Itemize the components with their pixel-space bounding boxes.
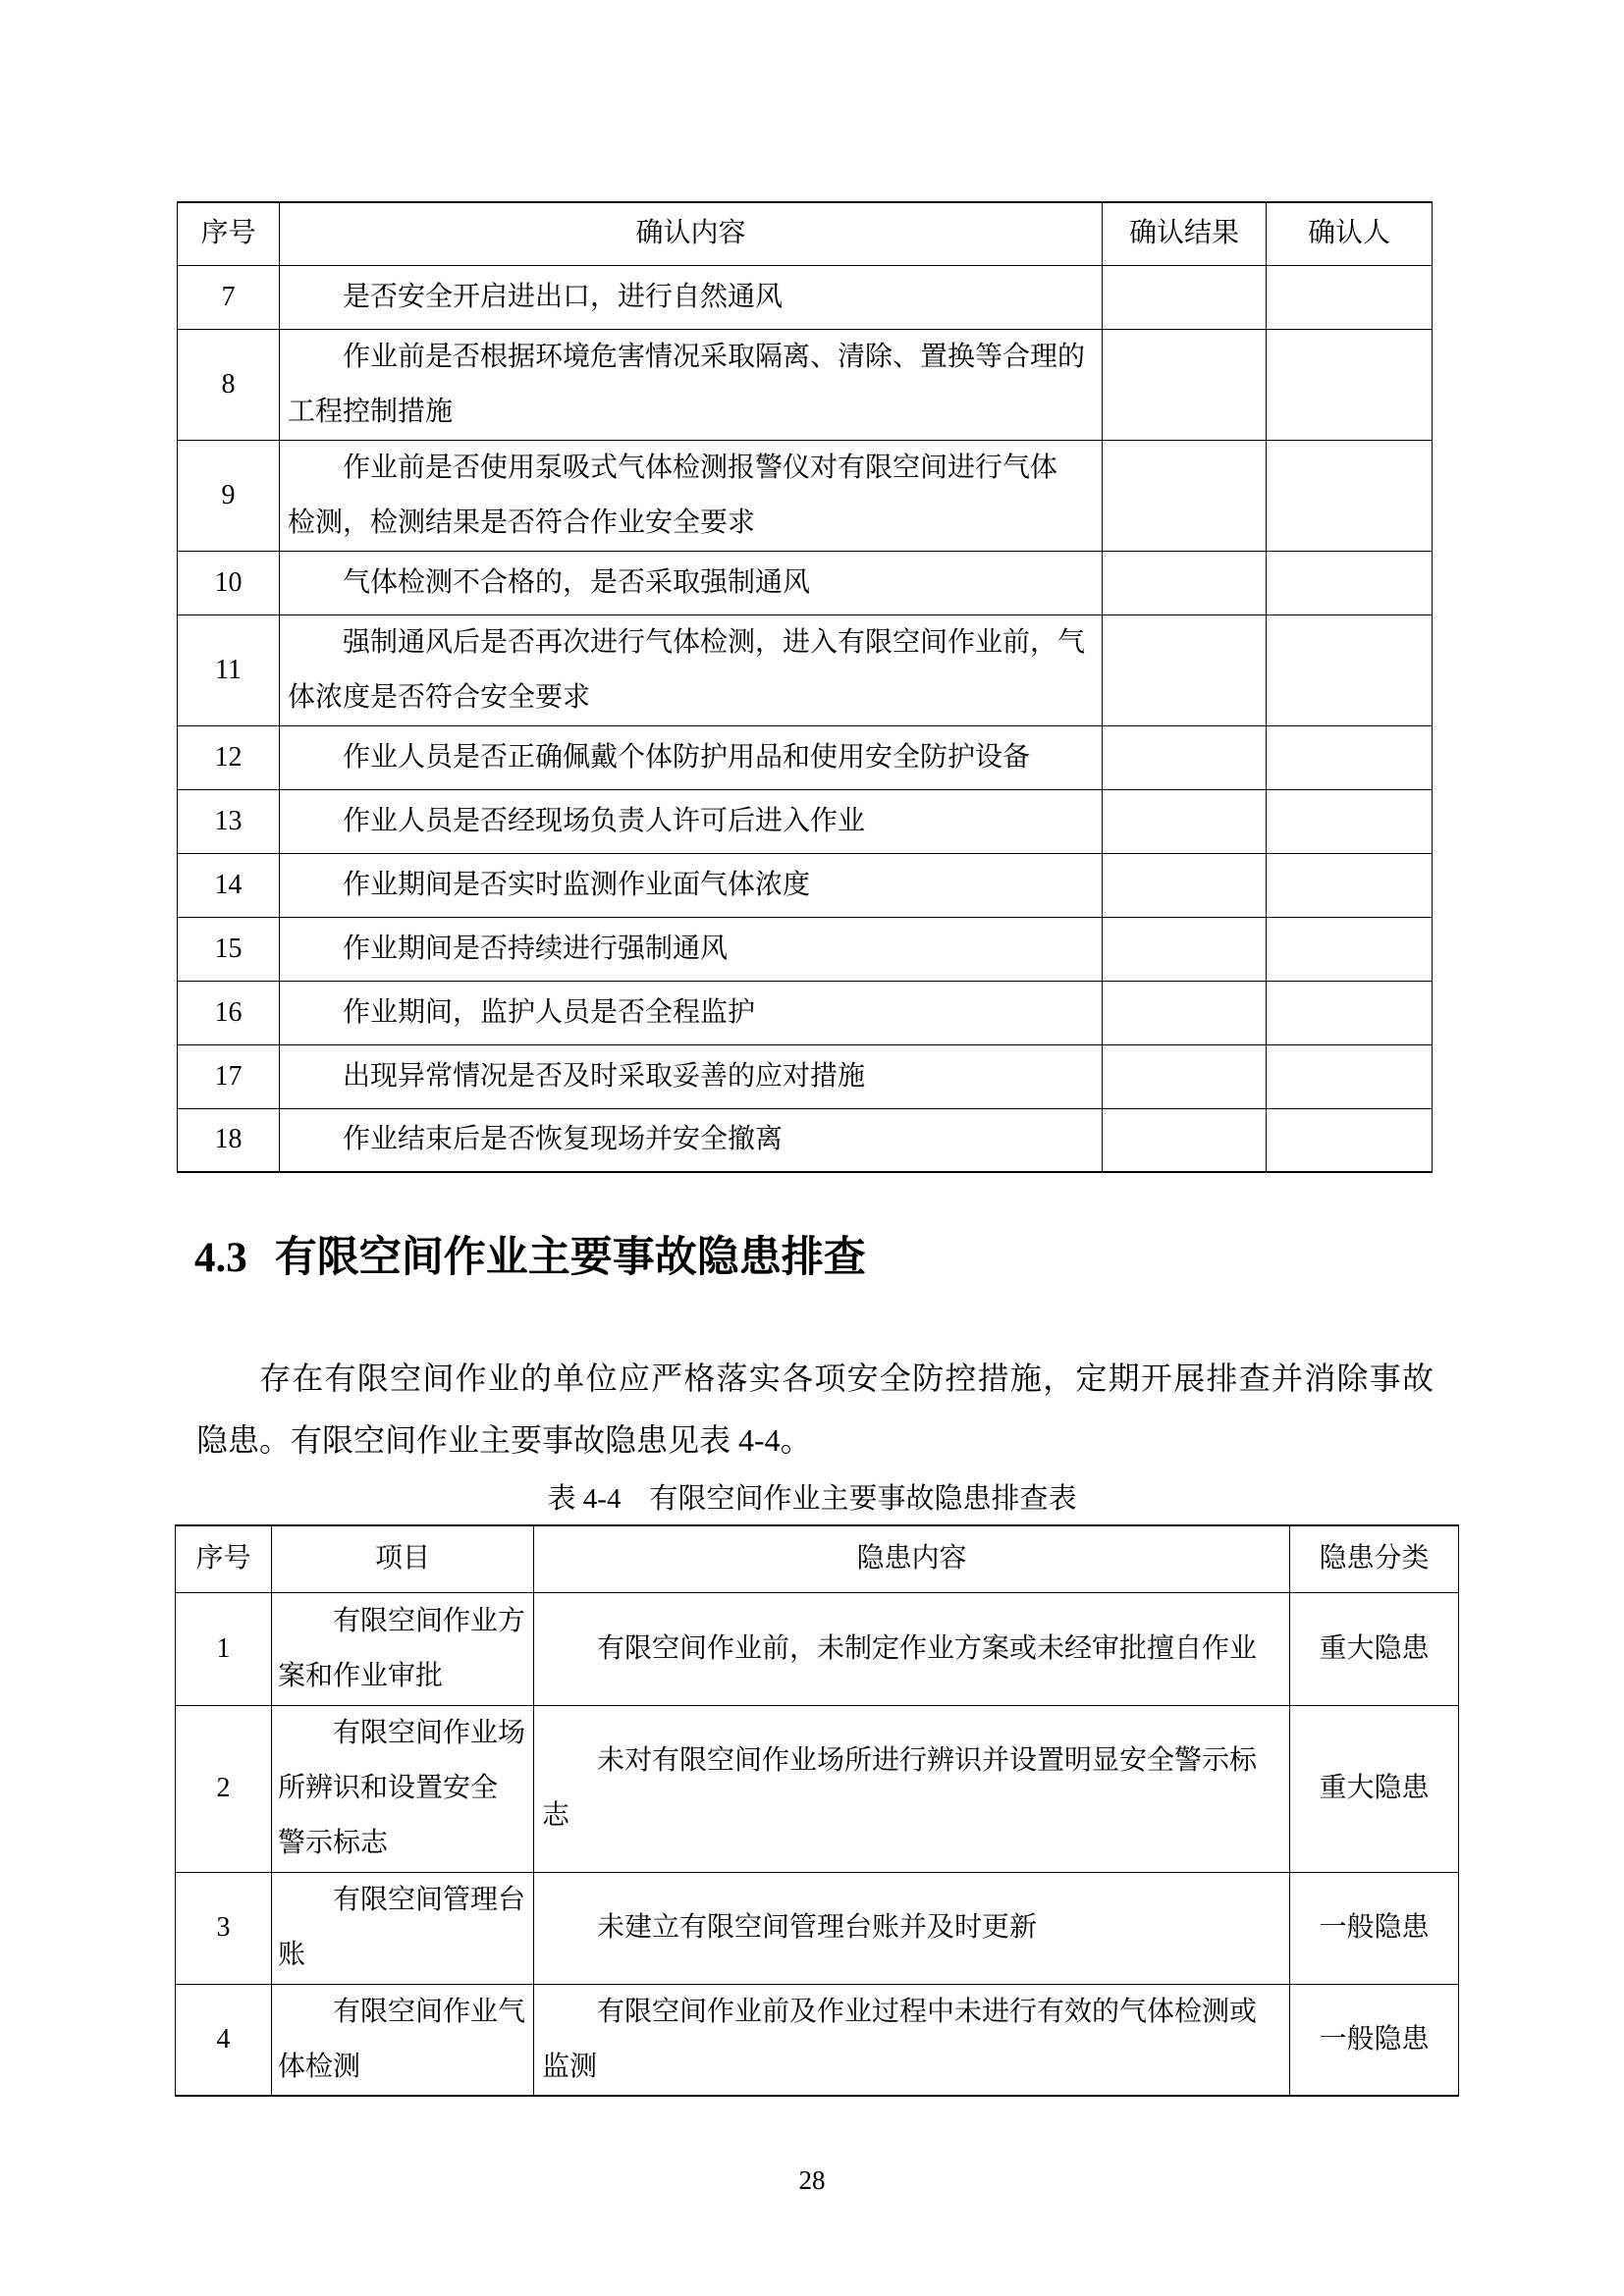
cell-item: 有限空间作业方 案和作业审批: [272, 1592, 534, 1705]
cell-no: 15: [178, 917, 280, 981]
table-row: 13 作业人员是否经现场负责人许可后进入作业: [178, 789, 1433, 853]
cell-person: [1267, 1044, 1433, 1108]
cell-result: [1103, 329, 1267, 440]
cell-content: 出现异常情况是否及时采取妥善的应对措施: [280, 1044, 1103, 1108]
cell-category: 一般隐患: [1290, 1984, 1459, 2096]
table-row: 15 作业期间是否持续进行强制通风: [178, 917, 1433, 981]
section-title: 有限空间作业主要事故隐患排查: [275, 1234, 866, 1281]
cell-no: 9: [178, 440, 280, 551]
cell-content: 作业前是否使用泵吸式气体检测报警仪对有限空间进行气体 检测，检测结果是否符合作业…: [280, 440, 1103, 551]
cell-person: [1267, 329, 1433, 440]
cell-no: 16: [178, 981, 280, 1044]
cell-result: [1103, 265, 1267, 329]
section-number: 4.3: [194, 1235, 247, 1281]
cell-item: 有限空间作业场 所辨识和设置安全 警示标志: [272, 1705, 534, 1872]
cell-category: 重大隐患: [1290, 1592, 1459, 1705]
table-row: 16 作业期间，监护人员是否全程监护: [178, 981, 1433, 1044]
cell-person: [1267, 614, 1433, 725]
table-row: 1 有限空间作业方 案和作业审批 有限空间作业前，未制定作业方案或未经审批擅自作…: [176, 1592, 1459, 1705]
cell-content: 作业前是否根据环境危害情况采取隔离、清除、置换等合理的 工程控制措施: [280, 329, 1103, 440]
table-row: 12 作业人员是否正确佩戴个体防护用品和使用安全防护设备: [178, 725, 1433, 789]
column-header-no: 序号: [178, 202, 280, 265]
cell-content: 作业结束后是否恢复现场并安全撤离: [280, 1108, 1103, 1172]
cell-content: 作业人员是否经现场负责人许可后进入作业: [280, 789, 1103, 853]
cell-hazard: 有限空间作业前，未制定作业方案或未经审批擅自作业: [534, 1592, 1290, 1705]
cell-category: 一般隐患: [1290, 1872, 1459, 1984]
cell-result: [1103, 1108, 1267, 1172]
cell-result: [1103, 440, 1267, 551]
cell-content: 作业期间是否持续进行强制通风: [280, 917, 1103, 981]
cell-no: 2: [176, 1705, 272, 1872]
cell-result: [1103, 917, 1267, 981]
cell-result: [1103, 1044, 1267, 1108]
table-row: 17 出现异常情况是否及时采取妥善的应对措施: [178, 1044, 1433, 1108]
cell-person: [1267, 853, 1433, 917]
table-row: 9 作业前是否使用泵吸式气体检测报警仪对有限空间进行气体 检测，检测结果是否符合…: [178, 440, 1433, 551]
table-row: 8 作业前是否根据环境危害情况采取隔离、清除、置换等合理的 工程控制措施: [178, 329, 1433, 440]
table-row: 14 作业期间是否实时监测作业面气体浓度: [178, 853, 1433, 917]
body-paragraph: 存在有限空间作业的单位应严格落实各项安全防控措施，定期开展排查并消除事故 隐患。…: [196, 1348, 1434, 1471]
table-row: 4 有限空间作业气 体检测 有限空间作业前及作业过程中未进行有效的气体检测或 监…: [176, 1984, 1459, 2096]
cell-person: [1267, 789, 1433, 853]
table-row: 2 有限空间作业场 所辨识和设置安全 警示标志 未对有限空间作业场所进行辨识并设…: [176, 1705, 1459, 1872]
page-number: 28: [0, 2163, 1624, 2198]
column-header-person: 确认人: [1267, 202, 1433, 265]
cell-no: 10: [178, 551, 280, 614]
table-row: 7 是否安全开启进出口，进行自然通风: [178, 265, 1433, 329]
cell-no: 13: [178, 789, 280, 853]
cell-content: 作业期间，监护人员是否全程监护: [280, 981, 1103, 1044]
confirmation-table-header-row: 序号 确认内容 确认结果 确认人: [178, 202, 1433, 265]
cell-no: 3: [176, 1872, 272, 1984]
column-header-category: 隐患分类: [1290, 1525, 1459, 1592]
cell-no: 7: [178, 265, 280, 329]
cell-person: [1267, 551, 1433, 614]
cell-no: 4: [176, 1984, 272, 2096]
column-header-item: 项目: [272, 1525, 534, 1592]
column-header-no: 序号: [176, 1525, 272, 1592]
cell-person: [1267, 1108, 1433, 1172]
document-page: 序号 确认内容 确认结果 确认人 7 是否安全开启进出口，进行自然通风 8 作业…: [0, 0, 1624, 2296]
cell-no: 14: [178, 853, 280, 917]
cell-category: 重大隐患: [1290, 1705, 1459, 1872]
table-row: 10 气体检测不合格的，是否采取强制通风: [178, 551, 1433, 614]
section-heading: 4.3有限空间作业主要事故隐患排查: [194, 1229, 1624, 1287]
column-header-result: 确认结果: [1103, 202, 1267, 265]
cell-person: [1267, 917, 1433, 981]
column-header-content: 确认内容: [280, 202, 1103, 265]
cell-hazard: 未对有限空间作业场所进行辨识并设置明显安全警示标 志: [534, 1705, 1290, 1872]
hazard-table-header-row: 序号 项目 隐患内容 隐患分类: [176, 1525, 1459, 1592]
cell-content: 是否安全开启进出口，进行自然通风: [280, 265, 1103, 329]
cell-no: 11: [178, 614, 280, 725]
cell-result: [1103, 551, 1267, 614]
cell-person: [1267, 981, 1433, 1044]
table-row: 18 作业结束后是否恢复现场并安全撤离: [178, 1108, 1433, 1172]
cell-no: 17: [178, 1044, 280, 1108]
cell-content: 作业人员是否正确佩戴个体防护用品和使用安全防护设备: [280, 725, 1103, 789]
paragraph-line-1: 存在有限空间作业的单位应严格落实各项安全防控措施，定期开展排查并消除事故: [196, 1348, 1434, 1410]
cell-result: [1103, 725, 1267, 789]
cell-content: 气体检测不合格的，是否采取强制通风: [280, 551, 1103, 614]
cell-no: 8: [178, 329, 280, 440]
cell-hazard: 未建立有限空间管理台账并及时更新: [534, 1872, 1290, 1984]
cell-no: 1: [176, 1592, 272, 1705]
cell-person: [1267, 725, 1433, 789]
cell-result: [1103, 853, 1267, 917]
confirmation-table: 序号 确认内容 确认结果 确认人 7 是否安全开启进出口，进行自然通风 8 作业…: [177, 201, 1433, 1173]
hazard-table: 序号 项目 隐患内容 隐患分类 1 有限空间作业方 案和作业审批 有限空间作业前…: [175, 1524, 1459, 2097]
cell-item: 有限空间管理台 账: [272, 1872, 534, 1984]
cell-result: [1103, 614, 1267, 725]
table-row: 11 强制通风后是否再次进行气体检测，进入有限空间作业前，气 体浓度是否符合安全…: [178, 614, 1433, 725]
cell-no: 12: [178, 725, 280, 789]
table-caption: 表 4-4 有限空间作业主要事故隐患排查表: [0, 1479, 1624, 1519]
paragraph-line-2: 隐患。有限空间作业主要事故隐患见表 4-4。: [196, 1410, 1434, 1471]
cell-person: [1267, 265, 1433, 329]
cell-content: 作业期间是否实时监测作业面气体浓度: [280, 853, 1103, 917]
cell-result: [1103, 789, 1267, 853]
cell-person: [1267, 440, 1433, 551]
cell-item: 有限空间作业气 体检测: [272, 1984, 534, 2096]
cell-no: 18: [178, 1108, 280, 1172]
table-row: 3 有限空间管理台 账 未建立有限空间管理台账并及时更新 一般隐患: [176, 1872, 1459, 1984]
column-header-hazard: 隐患内容: [534, 1525, 1290, 1592]
cell-hazard: 有限空间作业前及作业过程中未进行有效的气体检测或 监测: [534, 1984, 1290, 2096]
cell-content: 强制通风后是否再次进行气体检测，进入有限空间作业前，气 体浓度是否符合安全要求: [280, 614, 1103, 725]
cell-result: [1103, 981, 1267, 1044]
